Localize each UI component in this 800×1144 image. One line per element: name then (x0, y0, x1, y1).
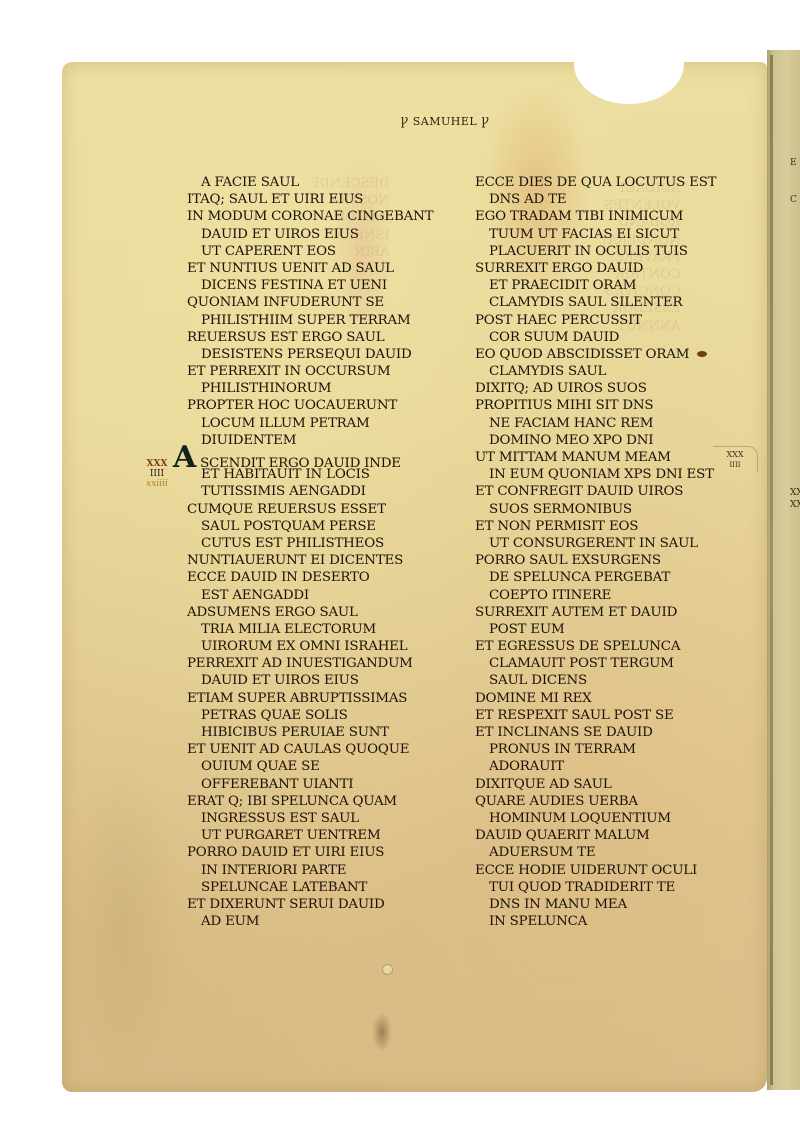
line-text: tria milia electorum (201, 622, 376, 637)
line-text: adorauit (489, 759, 564, 774)
text-line: ne faciam hanc rem (475, 415, 735, 432)
text-line: porro dauid et uiri eius (187, 844, 447, 861)
text-line: philisthiim super terram (187, 312, 447, 329)
text-line: et praecidit oram (475, 277, 735, 294)
text-line: etiam super abruptissimas (187, 690, 447, 707)
line-text: speluncae latebant (201, 880, 367, 895)
line-text: et inclinans se dauid (475, 725, 653, 740)
text-line: locum illum petram (187, 415, 447, 432)
text-line: in modum coronae cingebant (187, 208, 447, 225)
stain (62, 762, 182, 1092)
text-line: ecce dauid in deserto (187, 569, 447, 586)
text-line: surrexit ergo dauid (475, 260, 735, 277)
text-line: cutus est philistheos (187, 535, 447, 552)
line-text: saul postquam perse (201, 519, 376, 534)
line-text: et egressus de spelunca (475, 639, 680, 654)
text-line: est aengaddi (187, 587, 447, 604)
line-text: porro saul exsurgens (475, 553, 661, 568)
text-line: ut mittam manum meam (475, 449, 735, 466)
text-line: aduersum te (475, 844, 735, 861)
text-line: dauid et uiros eius (187, 226, 447, 243)
text-line: et respexit saul post se (475, 707, 735, 724)
line-text: ego tradam tibi inimicum (475, 209, 683, 224)
page-notch (574, 58, 684, 104)
text-line: dicens festina et ueni (187, 277, 447, 294)
line-text: hominum loquentium (489, 811, 671, 826)
gutter-line (770, 55, 773, 1085)
line-text: est aengaddi (201, 588, 309, 603)
spine-fragment: C (790, 195, 797, 205)
line-text: dicens festina et ueni (201, 278, 387, 293)
text-line: et egressus de spelunca (475, 638, 735, 655)
ink-blot (697, 351, 707, 357)
marginal-section-number: XXX IIII xxiiii (139, 459, 175, 489)
text-line: tuum ut facias ei sicut (475, 226, 735, 243)
text-line: hibicibus peruiae sunt (187, 724, 447, 741)
line-text: tui quod tradiderit te (489, 880, 675, 895)
line-text: surrexit autem et dauid (475, 605, 677, 620)
text-line: et dixerunt serui dauid (187, 896, 447, 913)
line-text: ut mittam manum meam (475, 450, 671, 465)
text-line: philisthinorum (187, 380, 447, 397)
text-line: quoniam infuderunt se (187, 294, 447, 311)
line-text: ecce hodie uiderunt oculi (475, 863, 697, 878)
text-line: cor suum dauid (475, 329, 735, 346)
text-line: ad eum (187, 913, 447, 930)
line-text: in modum coronae cingebant (187, 209, 433, 224)
text-line: dauid quaerit malum (475, 827, 735, 844)
line-text: a facie saul (201, 175, 299, 190)
line-text: domino meo xpo dni (489, 433, 653, 448)
text-line: adsumens ergo saul (187, 604, 447, 621)
text-line: et confregit dauid uiros (475, 483, 735, 500)
line-text: in interiori parte (201, 863, 346, 878)
text-line: propitius mihi sit dns (475, 397, 735, 414)
line-text: et habitauit in locis (201, 467, 370, 482)
line-text: dauid quaerit malum (475, 828, 650, 843)
text-line: dns ad te (475, 191, 735, 208)
line-text: ecce dauid in deserto (187, 570, 370, 585)
parchment-hole (382, 964, 393, 975)
line-text: reuersus est ergo saul (187, 330, 384, 345)
line-text: philisthiim super terram (201, 313, 411, 328)
line-text: et nuntius uenit ad saul (187, 261, 394, 276)
line-text: saul dicens (489, 673, 587, 688)
line-text: tuum ut facias ei sicut (489, 227, 679, 242)
text-line: coepto itinere (475, 587, 735, 604)
text-line: adorauit (475, 758, 735, 775)
text-line: tui quod tradiderit te (475, 879, 735, 896)
line-text: ecce dies de qua locutus est (475, 175, 716, 190)
text-line: post haec percussit (475, 312, 735, 329)
text-line: in interiori parte (187, 862, 447, 879)
text-line: in eum quoniam xps dni est (475, 466, 735, 483)
line-text: ut purgaret uentrem (201, 828, 381, 843)
text-line: desistens persequi dauid (187, 346, 447, 363)
text-line: domino meo xpo dni (475, 432, 735, 449)
line-text: ouium quae se (201, 759, 320, 774)
line-text: petras quae solis (201, 708, 348, 723)
text-line: et inclinans se dauid (475, 724, 735, 741)
line-text: adsumens ergo saul (187, 605, 358, 620)
text-line: ouium quae se (187, 758, 447, 775)
text-line: clamydis saul (475, 363, 735, 380)
text-line: a facie saul (187, 174, 447, 191)
line-text: ad eum (201, 914, 259, 929)
text-line: et perrexit in occursum (187, 363, 447, 380)
text-line: in spelunca (475, 913, 735, 930)
stain (372, 1012, 392, 1052)
text-line: itaq; saul et uiri eius (187, 191, 447, 208)
text-line: ut caperent eos (187, 243, 447, 260)
line-text: pronus in terram (489, 742, 636, 757)
text-line: et habitauit in locis (187, 466, 447, 483)
text-line: dixitq; ad uiros suos (475, 380, 735, 397)
line-text: ne faciam hanc rem (489, 416, 653, 431)
line-text: post eum (489, 622, 565, 637)
text-line: domine mi rex (475, 690, 735, 707)
line-text: uirorum ex omni israhel (201, 639, 407, 654)
line-text: etiam super abruptissimas (187, 691, 407, 706)
text-line: surrexit autem et dauid (475, 604, 735, 621)
line-text: offerebant uianti (201, 777, 353, 792)
text-line: dixitque ad saul (475, 776, 735, 793)
line-text: ut consurgerent in saul (489, 536, 698, 551)
line-text: cutus est philistheos (201, 536, 384, 551)
text-line: reuersus est ergo saul (187, 329, 447, 346)
line-text: quoniam infuderunt se (187, 295, 384, 310)
text-line: ut purgaret uentrem (187, 827, 447, 844)
text-line: Ascendit ergo dauid inde (187, 449, 447, 466)
text-line: saul dicens (475, 672, 735, 689)
text-line: placuerit in oculis tuis (475, 243, 735, 260)
line-text: et dixerunt serui dauid (187, 897, 385, 912)
line-text: post haec percussit (475, 313, 642, 328)
text-column-right: ecce dies de qua locutus estdns ad teego… (475, 174, 735, 930)
text-line: tria milia electorum (187, 621, 447, 638)
text-line: de spelunca pergebat (475, 569, 735, 586)
spine-fragment: XX (790, 488, 800, 498)
text-line: ecce hodie uiderunt oculi (475, 862, 735, 879)
text-line: petras quae solis (187, 707, 447, 724)
line-text: in eum quoniam xps dni est (489, 467, 714, 482)
line-text: et respexit saul post se (475, 708, 674, 723)
line-text: philisthinorum (201, 381, 331, 396)
text-line: quare audies uerba (475, 793, 735, 810)
line-text: dauid et uiros eius (201, 227, 359, 242)
line-text: et non permisit eos (475, 519, 638, 534)
line-text: propter hoc uocauerunt (187, 398, 397, 413)
line-text: perrexit ad inuestigandum (187, 656, 413, 671)
text-line: cumque reuersus esset (187, 501, 447, 518)
line-text: coepto itinere (489, 588, 611, 603)
running-title: Ꝩ SAMUHEL Ꝩ (395, 115, 495, 128)
text-line: dns in manu mea (475, 896, 735, 913)
spine-fragment: E (790, 158, 797, 168)
text-line: speluncae latebant (187, 879, 447, 896)
line-text: dauid et uiros eius (201, 673, 359, 688)
text-column-left: a facie saulitaq; saul et uiri eiusin mo… (187, 174, 447, 930)
text-line: uirorum ex omni israhel (187, 638, 447, 655)
line-text: clamydis saul (489, 364, 606, 379)
text-line: porro saul exsurgens (475, 552, 735, 569)
line-text: erat q; ibi spelunca quam (187, 794, 397, 809)
line-text: clamauit post tergum (489, 656, 674, 671)
text-line: nuntiauerunt ei dicentes (187, 552, 447, 569)
line-text: diuidentem (201, 433, 296, 448)
line-text: nuntiauerunt ei dicentes (187, 553, 403, 568)
text-line: et non permisit eos (475, 518, 735, 535)
text-line: suos sermonibus (475, 501, 735, 518)
line-text: porro dauid et uiri eius (187, 845, 384, 860)
line-text: hibicibus peruiae sunt (201, 725, 389, 740)
line-text: itaq; saul et uiri eius (187, 192, 363, 207)
line-text: propitius mihi sit dns (475, 398, 653, 413)
text-line: ecce dies de qua locutus est (475, 174, 735, 191)
text-line: clamydis saul silenter (475, 294, 735, 311)
line-text: dns ad te (489, 192, 566, 207)
line-text: et confregit dauid uiros (475, 484, 683, 499)
line-text: locum illum petram (201, 416, 370, 431)
line-text: dixitq; ad uiros suos (475, 381, 647, 396)
text-line: et uenit ad caulas quoque (187, 741, 447, 758)
line-text: et uenit ad caulas quoque (187, 742, 409, 757)
text-line: dauid et uiros eius (187, 672, 447, 689)
text-line: erat q; ibi spelunca quam (187, 793, 447, 810)
text-line: post eum (475, 621, 735, 638)
line-text: cor suum dauid (489, 330, 619, 345)
line-text: clamydis saul silenter (489, 295, 682, 310)
text-line: ut consurgerent in saul (475, 535, 735, 552)
line-text: suos sermonibus (489, 502, 632, 517)
line-text: ut caperent eos (201, 244, 336, 259)
line-text: domine mi rex (475, 691, 592, 706)
text-line: pronus in terram (475, 741, 735, 758)
text-line: eo quod abscidisset oram (475, 346, 735, 363)
line-text: desistens persequi dauid (201, 347, 412, 362)
line-text: aduersum te (489, 845, 595, 860)
text-line: diuidentem (187, 432, 447, 449)
line-text: et perrexit in occursum (187, 364, 390, 379)
decorated-initial: A (173, 440, 196, 475)
line-text: in spelunca (489, 914, 587, 929)
line-text: surrexit ergo dauid (475, 261, 643, 276)
text-line: offerebant uianti (187, 776, 447, 793)
line-text: ingressus est saul (201, 811, 359, 826)
text-line: hominum loquentium (475, 810, 735, 827)
text-line: ego tradam tibi inimicum (475, 208, 735, 225)
line-text: dns in manu mea (489, 897, 627, 912)
spine-fragment: XX (790, 500, 800, 510)
line-text: et praecidit oram (489, 278, 636, 293)
text-line: ingressus est saul (187, 810, 447, 827)
line-text: cumque reuersus esset (187, 502, 386, 517)
line-text: eo quod abscidisset oram (475, 347, 689, 362)
text-line: et nuntius uenit ad saul (187, 260, 447, 277)
line-text: de spelunca pergebat (489, 570, 670, 585)
text-line: perrexit ad inuestigandum (187, 655, 447, 672)
text-line: saul postquam perse (187, 518, 447, 535)
line-text: quare audies uerba (475, 794, 638, 809)
text-line: tutissimis aengaddi (187, 483, 447, 500)
line-text: tutissimis aengaddi (201, 484, 366, 499)
line-text: dixitque ad saul (475, 777, 612, 792)
text-line: clamauit post tergum (475, 655, 735, 672)
text-line: propter hoc uocauerunt (187, 397, 447, 414)
line-text: placuerit in oculis tuis (489, 244, 688, 259)
